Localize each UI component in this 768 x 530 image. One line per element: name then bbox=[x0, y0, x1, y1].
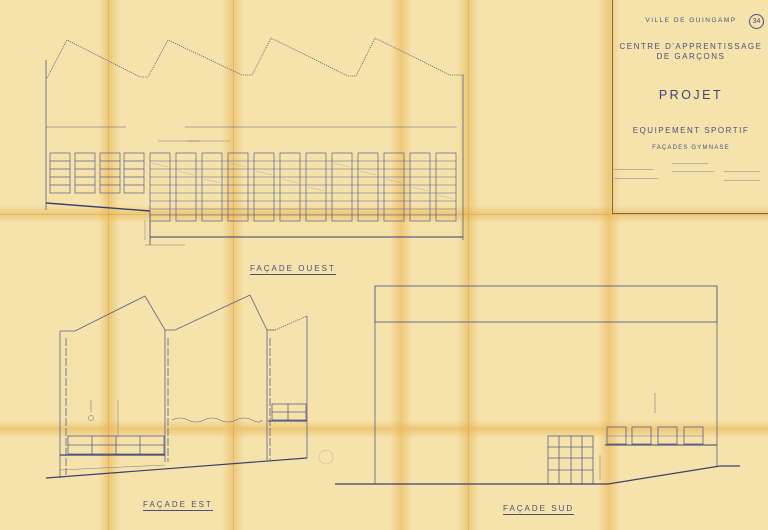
label-facade-sud: FAÇADE SUD bbox=[503, 504, 574, 515]
label-facade-ouest: FAÇADE OUEST bbox=[250, 264, 336, 275]
city-name: VILLE DE GUINGAMP bbox=[613, 17, 768, 24]
label-facade-est: FAÇADE EST bbox=[143, 500, 213, 511]
institution-line-2: DE GARÇONS bbox=[613, 52, 768, 61]
blueprint-sheet: VILLE DE GUINGAMP CENTRE D'APPRENTISSAGE… bbox=[0, 0, 768, 530]
stamp-mark bbox=[319, 450, 333, 464]
project-subject: EQUIPEMENT SPORTIF bbox=[613, 126, 768, 135]
sheet-number-badge: 34 bbox=[749, 14, 764, 29]
institution-line-1: CENTRE D'APPRENTISSAGE bbox=[613, 42, 768, 51]
facade-ouest-drawing bbox=[46, 38, 465, 245]
facade-est-drawing bbox=[46, 295, 307, 478]
project-subtitle: FAÇADES GYMNASE bbox=[613, 145, 768, 151]
title-block: VILLE DE GUINGAMP CENTRE D'APPRENTISSAGE… bbox=[612, 0, 768, 214]
facade-sud-drawing bbox=[335, 286, 740, 484]
project-title: PROJET bbox=[613, 88, 768, 102]
